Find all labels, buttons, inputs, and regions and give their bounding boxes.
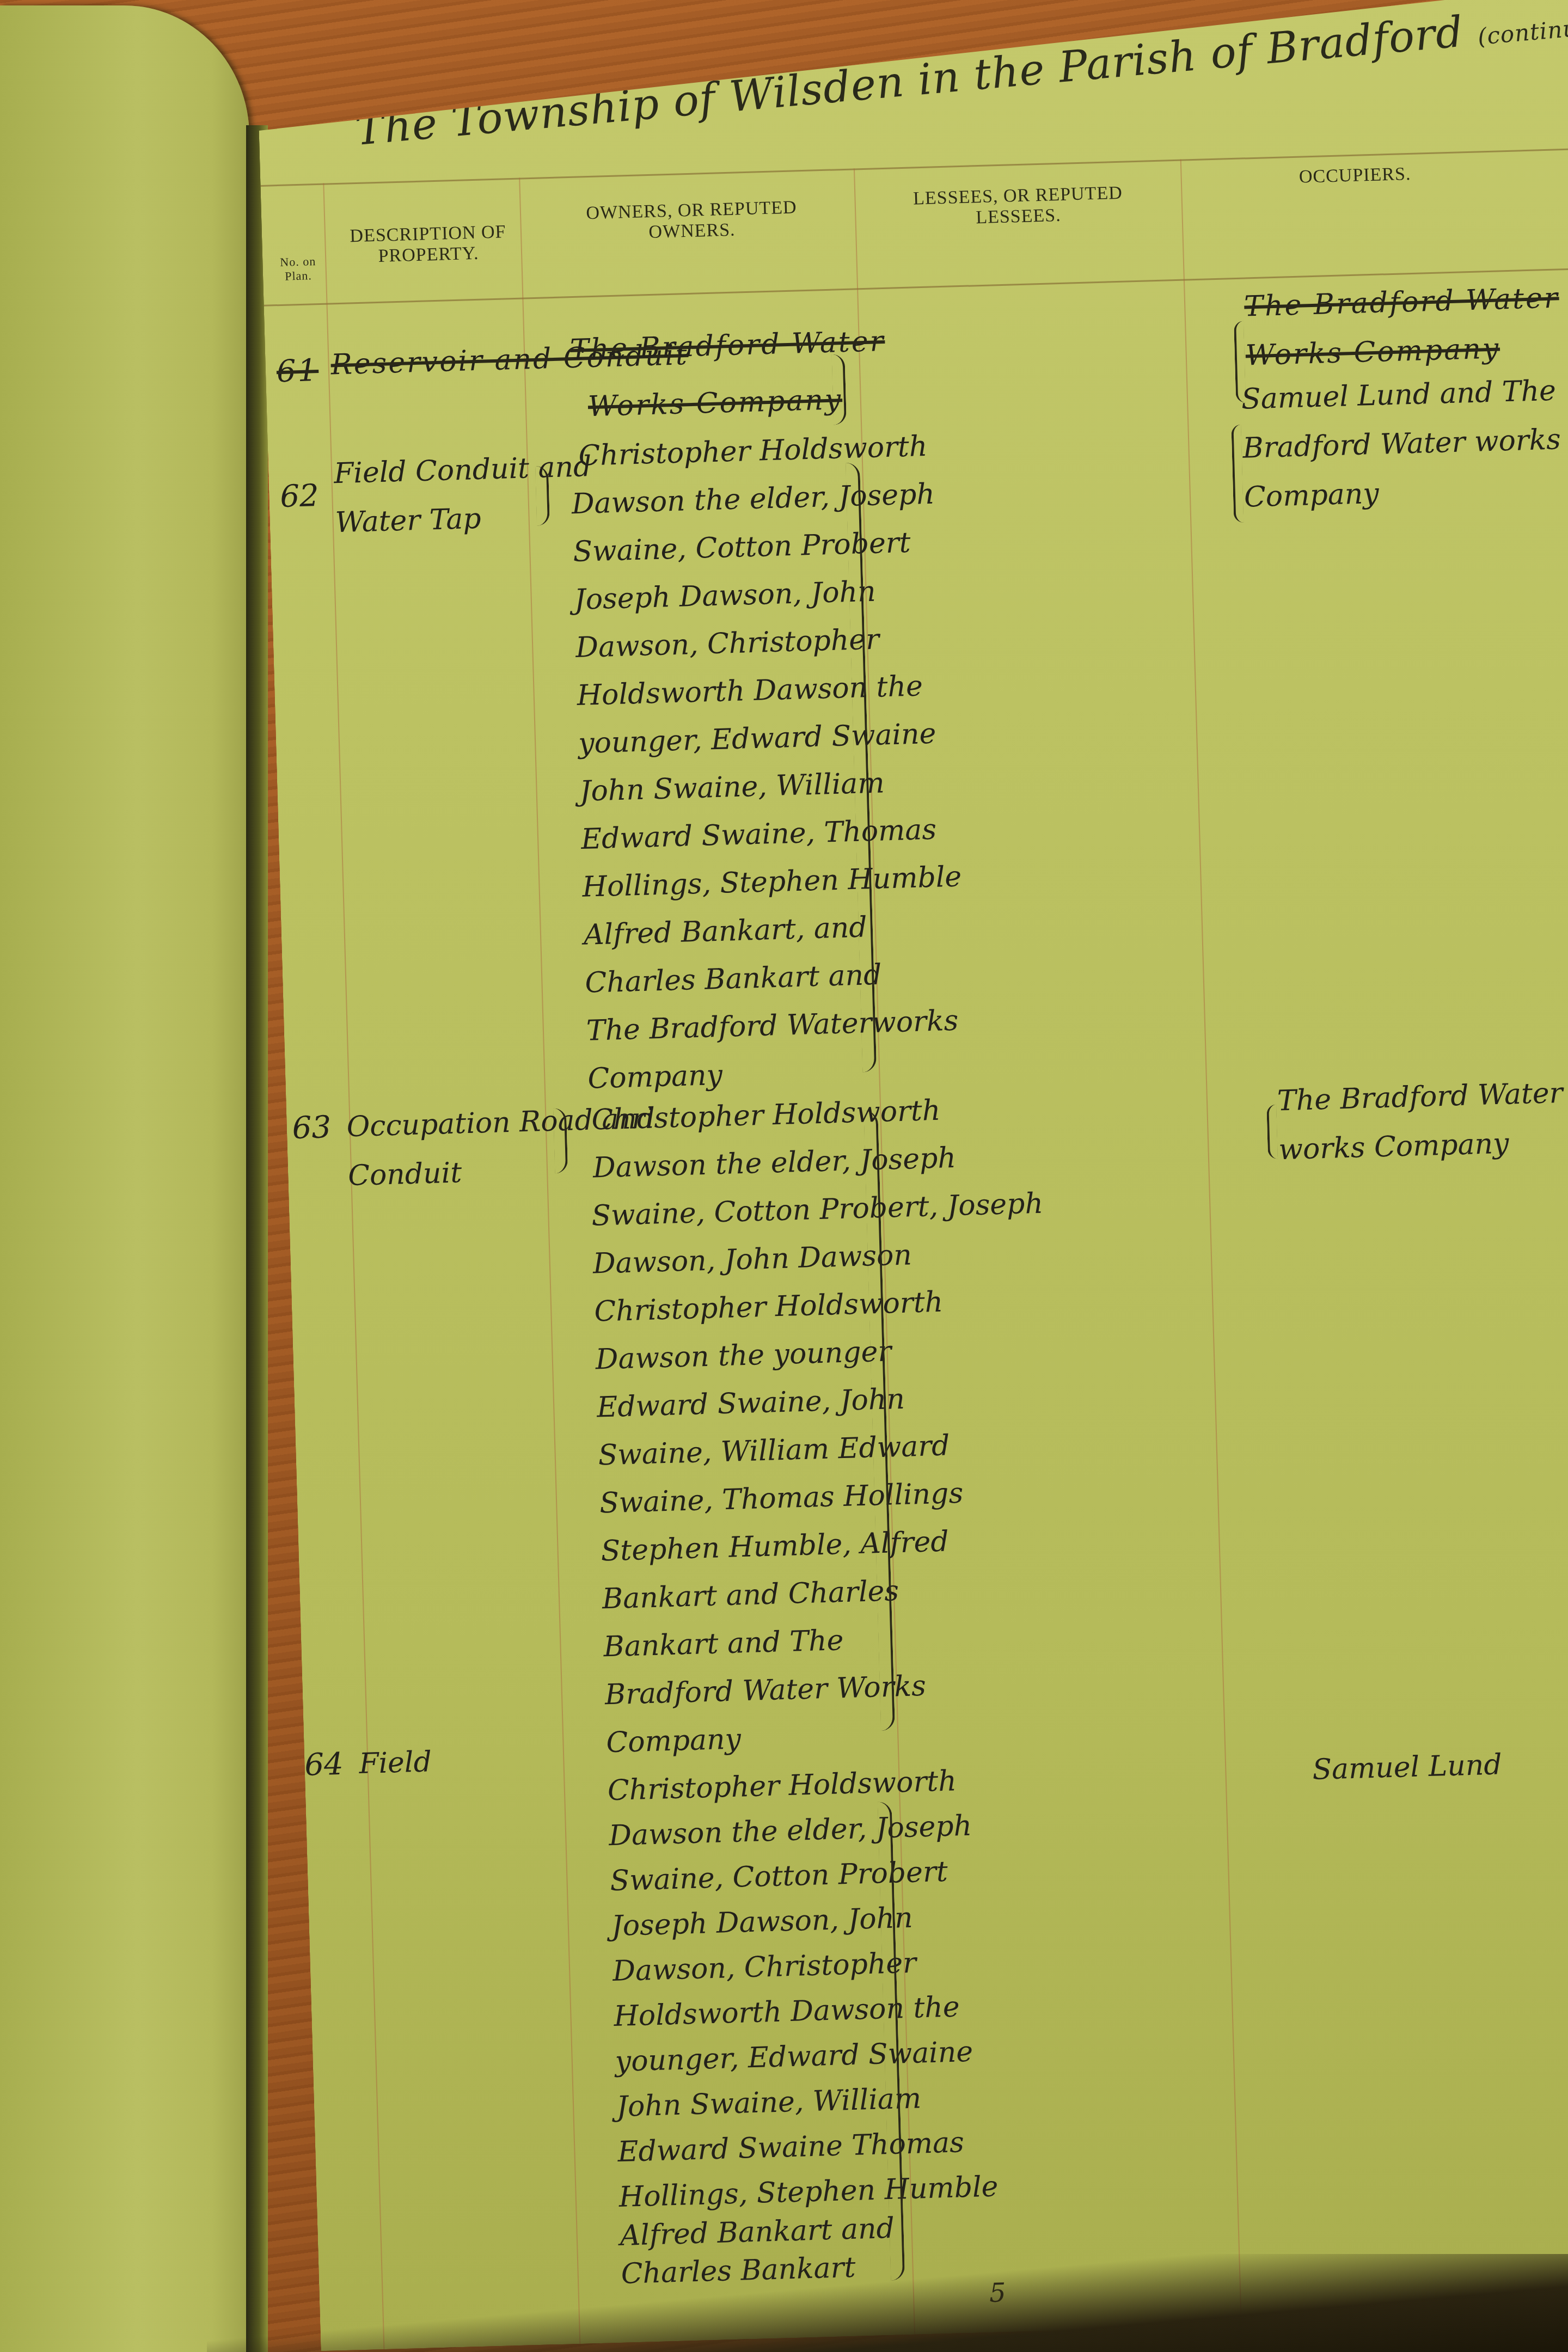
entry-64-occupier: Samuel Lund — [1312, 1741, 1502, 1794]
occupier-line: The Bradford Water — [1277, 1069, 1564, 1125]
book-gutter — [246, 125, 268, 2352]
entry-61-owners-brace — [831, 354, 847, 425]
owner-line: Alfred Bankart, and — [583, 903, 868, 959]
owner-line: Charles Bankart and — [584, 951, 882, 1007]
entry-61-no: 61 — [276, 347, 320, 396]
entry-62-description-line-1: Field Conduit and — [333, 443, 592, 498]
owner-line: Joseph Dawson, John — [574, 568, 877, 624]
header-description: Description of Property. — [344, 222, 513, 268]
header-plan-no: No. on Plan. — [273, 254, 323, 284]
occupier-line: Samuel Lund and The — [1241, 367, 1557, 424]
owner-line: Christopher Holdsworth — [593, 1278, 944, 1336]
entry-63-no: 63 — [292, 1104, 332, 1153]
owner-line: Dawson, Christopher — [575, 615, 880, 672]
entry-64-description: Field — [358, 1738, 432, 1788]
title-continued: (continued) — [1477, 11, 1568, 51]
entry-63-occupiers-brace — [1266, 1104, 1278, 1159]
owner-line: Bankart and Charles — [602, 1567, 899, 1623]
header-occupiers: Occupiers. — [1218, 162, 1491, 190]
header-owners: Owners, or Reputed Owners. — [544, 196, 840, 246]
owner-line: Bankart and The — [603, 1616, 844, 1671]
header-lessees: Lessees, or Reputed Lessees. — [871, 182, 1166, 231]
entry-63-description-brace — [553, 1108, 568, 1174]
occupier-line: works Company — [1278, 1120, 1509, 1174]
page-bottom-shadow — [207, 2254, 1568, 2352]
entry-64-no: 64 — [304, 1741, 344, 1790]
entry-62-description-brace — [535, 465, 550, 526]
left-page-curl — [0, 5, 249, 2352]
entry-63-description-line-2: Conduit — [347, 1149, 462, 1200]
entry-62-no: 62 — [279, 472, 320, 521]
occupier-line: Company — [1244, 470, 1380, 522]
owner-line: Hollings, Stephen Humble — [581, 853, 962, 911]
owner-line: John Swaine, William — [579, 759, 885, 816]
entry-62-description-line-2: Water Tap — [335, 495, 482, 547]
owner-line: Dawson, John Dawson — [592, 1231, 912, 1288]
owner-line: Company — [605, 1715, 742, 1767]
entry-61-owner-line-2: Works Company — [587, 376, 843, 431]
owner-line: Bradford Water Works — [604, 1662, 927, 1719]
owner-line: Dawson the younger — [595, 1327, 892, 1383]
owner-line: Edward Swaine, John — [596, 1375, 905, 1432]
ledger-page: The Township of Wilsden in the Parish of… — [256, 0, 1568, 2351]
entry-61-occupier-line-1: The Bradford Water — [1244, 274, 1560, 330]
occupier-line: Bradford Water works — [1242, 415, 1561, 472]
entry-62-occupiers-brace — [1231, 425, 1244, 523]
owner-line: The Bradford Waterworks — [586, 997, 959, 1055]
